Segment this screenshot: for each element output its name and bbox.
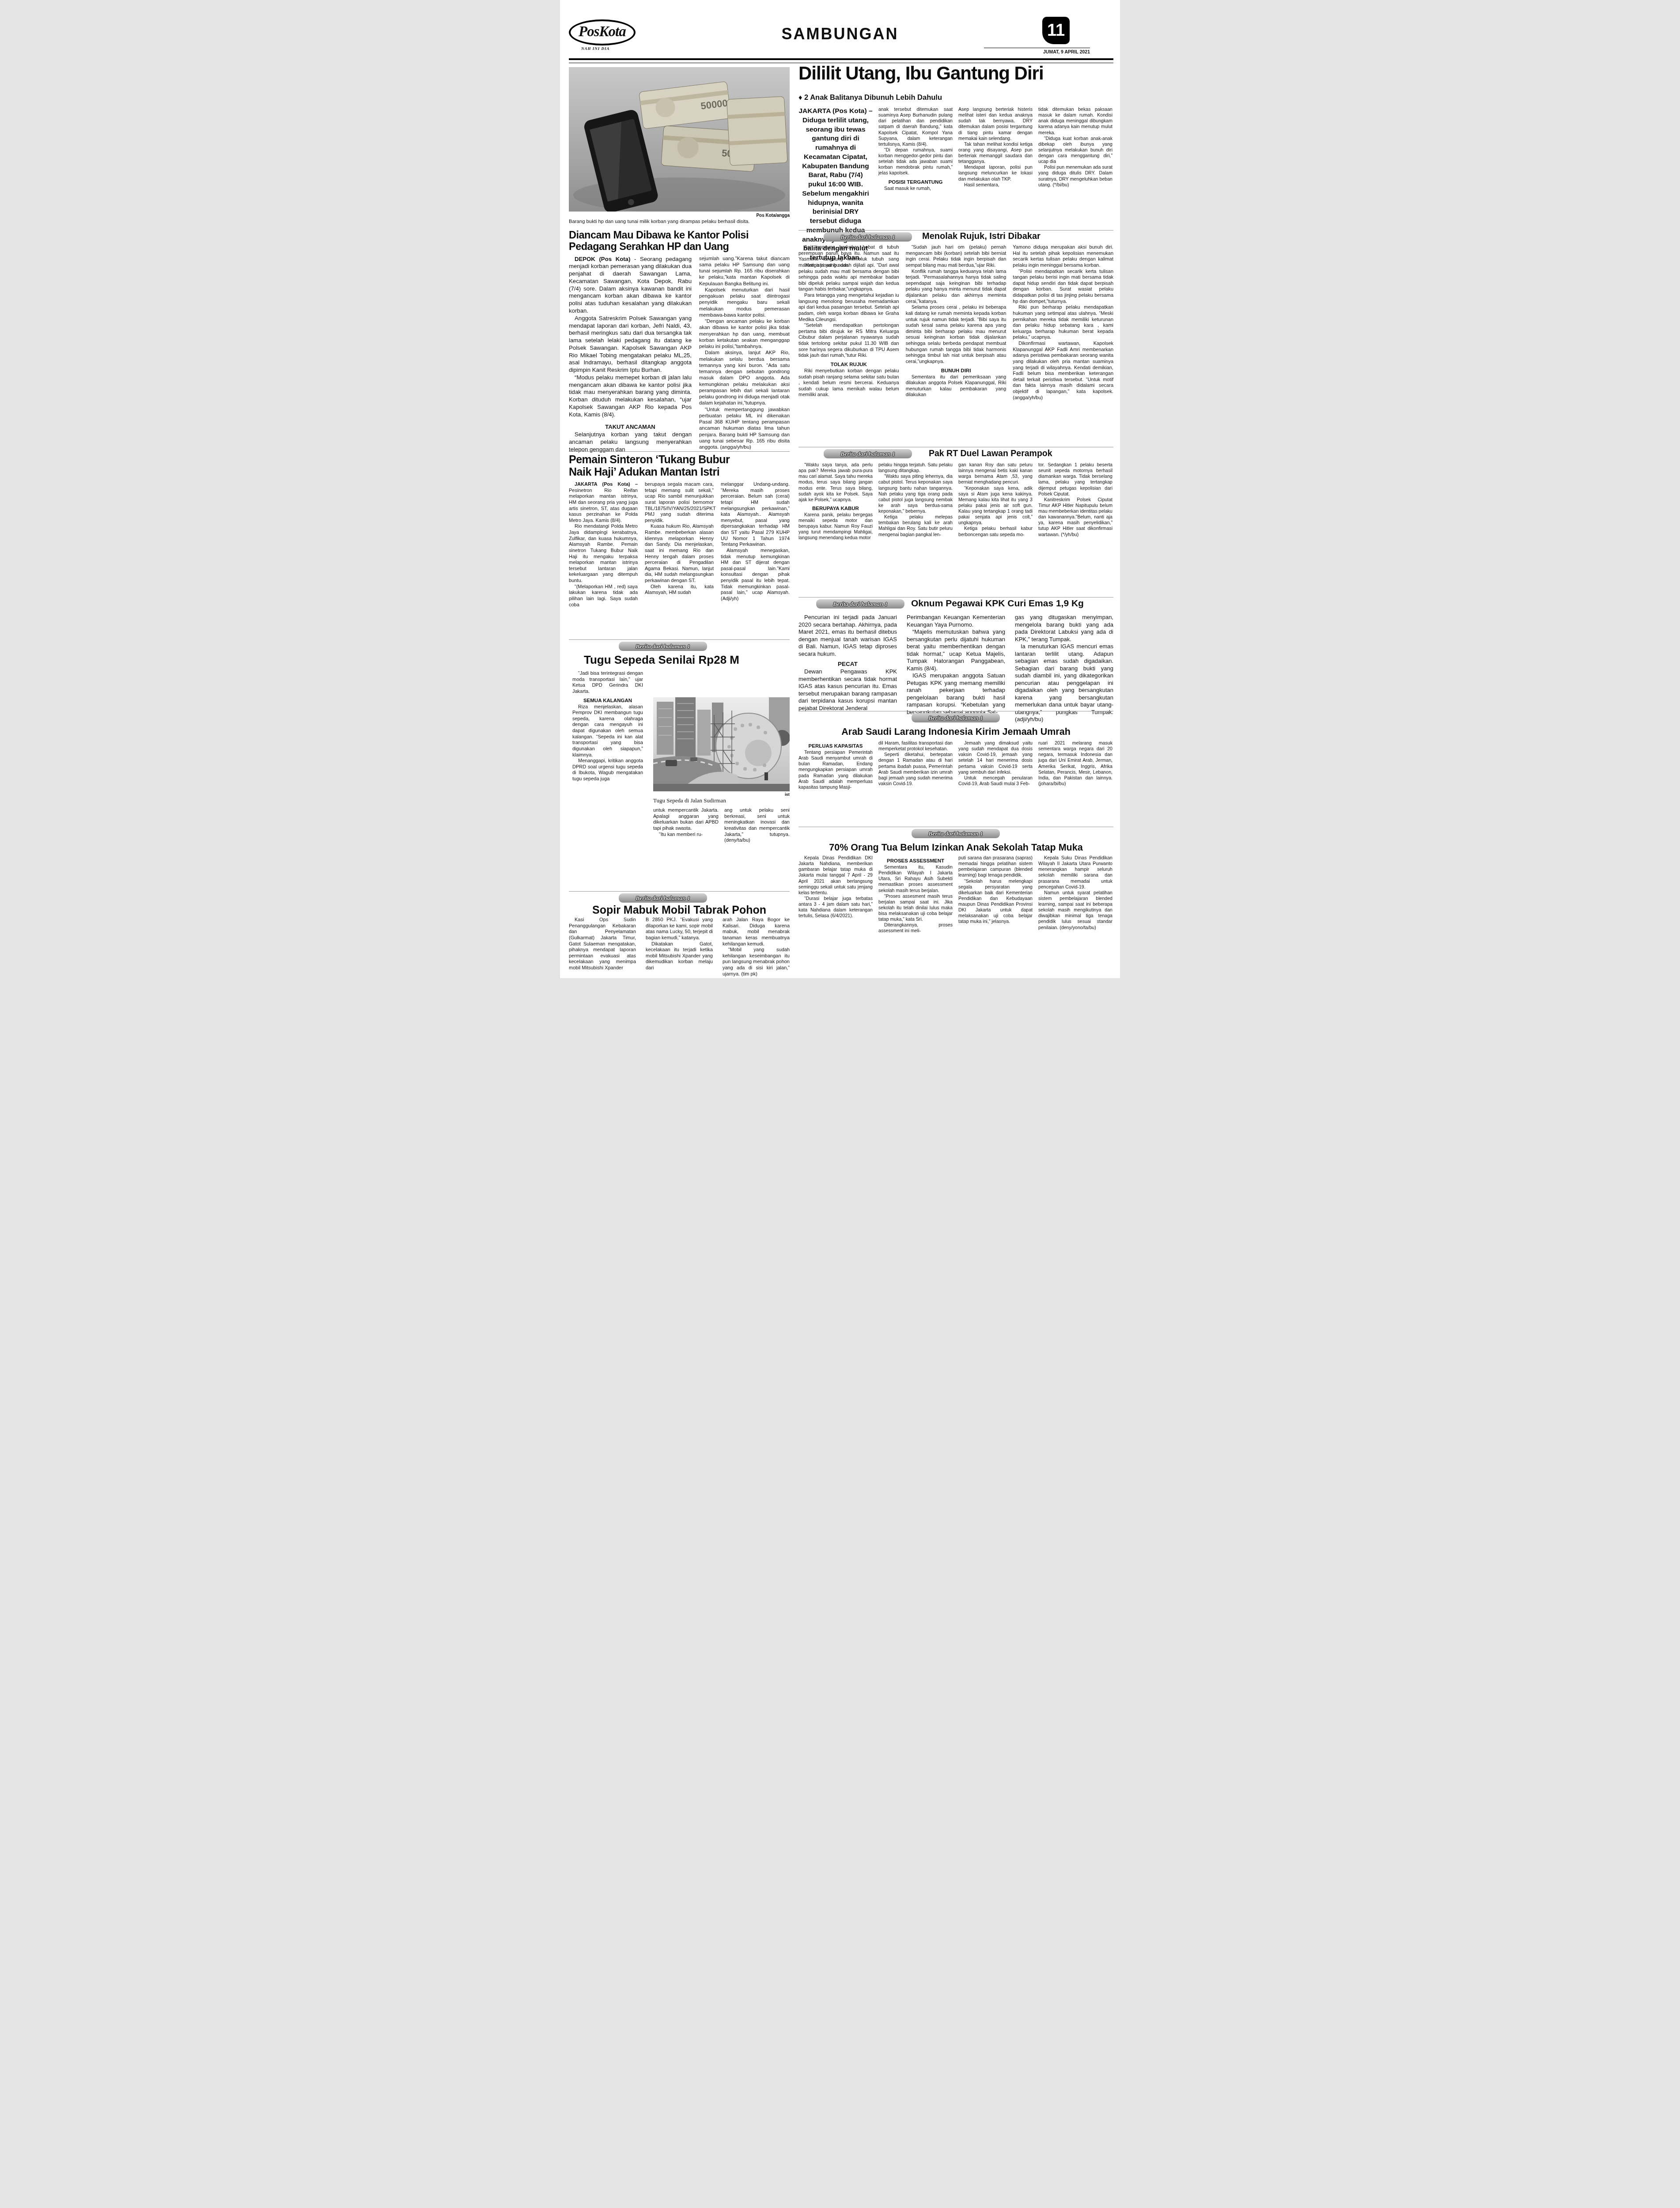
paragraph: Seperti diketahui, bertepatan dengan 1 R… xyxy=(878,752,953,787)
paragraph: Riki menyebutkan korban dengan pelaku su… xyxy=(798,368,899,398)
paragraph: “Mobil yang sudah kehilangan keseimbanga… xyxy=(723,947,790,977)
paragraph: Sementara itu dari pemeriksaan yang dila… xyxy=(906,374,1006,399)
tugu-photo-credit: ist xyxy=(653,792,790,797)
paragraph: Sementara itu, Kasudin Pendidikan Wilaya… xyxy=(878,865,953,894)
headline-pak-rt: Pak RT Duel Lawan Perampok xyxy=(929,449,1052,459)
paragraph: Selama proses cerai , pelaku ini beberap… xyxy=(906,305,1006,365)
evidence-photo-art: 50000 50000 xyxy=(569,67,790,212)
text-column: PROSES ASSESSMENTSementara itu, Kasudin … xyxy=(878,855,953,934)
paragraph: Dewan Pengawas KPK memberhentikan secara… xyxy=(798,668,897,712)
text-column: arah Jalan Raya Bogor ke Kalisari. Didug… xyxy=(723,917,790,977)
text-column: dil Haram, fasilitas transportasi dan me… xyxy=(878,741,953,790)
text-column: ruari 2021 melarang masuk sementara warg… xyxy=(1038,741,1112,790)
paragraph: Kanitreskrim Polsek Ciputat Timur AKP Hi… xyxy=(1038,497,1112,538)
photo-credit: Pos Kota/angga xyxy=(569,213,790,218)
paragraph: Karena panik, pelaku bergegas menaiki se… xyxy=(798,512,873,541)
text-column: Api langsung berkobar hebat di tubuh per… xyxy=(798,245,899,401)
text-column: puti sarana dan prasarana (sapras) memad… xyxy=(958,855,1033,934)
paragraph: Kepala Suku Dinas Pendidikan Wilayah II … xyxy=(1038,855,1112,890)
paragraph: Polisi pun menemukan ada surat yang didu… xyxy=(1038,165,1112,188)
tugu-photo-caption: Tugu Sepeda di Jalan Sudirman xyxy=(653,797,790,804)
article-diancam: Diancam Mau Dibawa ke Kantor Polisi Peda… xyxy=(569,229,790,454)
continued-from-tag: Berita dari halaman 1 xyxy=(912,713,1000,722)
text-column: Kepala Dinas Pendidikan DKI Jakarta Nahd… xyxy=(798,855,873,934)
masthead-logo: PosKota NAH INI DIA xyxy=(569,19,657,57)
paragraph: “Waktu saya tanya, ada perlu apa pak? Me… xyxy=(798,462,873,503)
paragraph: “Waktu saya piting lehernya, dia cabut p… xyxy=(878,474,953,514)
text-column: gan kanan Roy dan satu peluru lainnya me… xyxy=(958,462,1033,541)
headline-sekolah-tatap-muka: 70% Orang Tua Belum Izinkan Anak Sekolah… xyxy=(798,842,1113,853)
paragraph: “Diduga kuat korban anak-anak dibekap ol… xyxy=(1038,136,1112,165)
paragraph: “Polisi mendapatkan secarik kerta tulisa… xyxy=(1013,269,1113,305)
paragraph: “Itu kan memberi ru- xyxy=(653,832,719,838)
paragraph: Kuasa hukum Rio, Alamsyah Rambe. membebe… xyxy=(645,524,714,584)
text-column: Pencurian ini terjadi pada Januari 2020 … xyxy=(798,614,897,723)
paragraph: DEPOK (Pos Kota) - Seorang pedagang menj… xyxy=(569,256,692,315)
column-subhead: PERLUAS KAPASITAS xyxy=(798,744,873,749)
page-title: SAMBUNGAN xyxy=(730,25,950,43)
paragraph: sejumlah uang.”Karena takut diancam sama… xyxy=(699,256,790,287)
evidence-photo: 50000 50000 xyxy=(569,67,790,212)
paragraph: Namun untuk syarat pelatihan sistem pemb… xyxy=(1038,890,1112,931)
tugu-sepeda-photo xyxy=(653,697,790,791)
article-oknum-kpk: Berita dari halaman 1 Oknum Pegawai KPK … xyxy=(798,597,1113,711)
paragraph: “Untuk mempertanggung jawabkan perbuatan… xyxy=(699,407,790,451)
paragraph: “(Melaporkan HM , red) saya lakukan kare… xyxy=(569,584,638,609)
column-subhead: BERUPAYA KABUR xyxy=(798,506,873,511)
paragraph: Untuk mencegah penularan Covid-19, Arab … xyxy=(958,775,1033,787)
article-tugu-sepeda: Berita dari halaman 1 Tugu Sepeda Senila… xyxy=(569,639,790,844)
paragraph: tor. Sedangkan 1 pelaku beserta seunit s… xyxy=(1038,462,1112,497)
paragraph: Rio mendatangi Polda Metro Jaya didampin… xyxy=(569,524,638,584)
paragraph: Dalam aksinya, lanjut AKP Rio, melakukan… xyxy=(699,350,790,406)
paragraph: Alamsyah menegaskan, tidak menutup kemun… xyxy=(721,548,790,602)
paragraph: Tentang persiapan Pemerintah Arab Saudi … xyxy=(798,750,873,790)
edition-date: JUMAT, 9 APRIL 2021 xyxy=(984,48,1090,55)
headline-dililit-utang: Dililit Utang, Ibu Gantung Diri xyxy=(798,63,1113,84)
text-column: Kasi Ops Sudin Penanggulangan Kebakaran … xyxy=(569,917,636,977)
text-column: PERLUAS KAPASITASTentang persiapan Pemer… xyxy=(798,741,873,790)
paragraph: melanggar Undang-undang. “Mereka masih p… xyxy=(721,482,790,548)
paragraph: Jemaah yang dimaksud yaitu yang sudah me… xyxy=(958,741,1033,775)
headline-pemain-sinteron: Pemain Sinteron ‘Tukang Bubur Naik Haji’… xyxy=(569,454,790,478)
paragraph: Kepala Dinas Pendidikan DKI Jakarta Nahd… xyxy=(798,855,873,896)
brand-tagline: NAH INI DIA xyxy=(581,46,657,51)
paragraph: arah Jalan Raya Bogor ke Kalisari. Didug… xyxy=(723,917,790,947)
article-sekolah-tatap-muka: Berita dari halaman 1 70% Orang Tua Belu… xyxy=(798,827,1113,974)
paragraph: Asep langsung berteriak histeris melihat… xyxy=(958,107,1033,142)
continued-from-tag: Berita dari halaman 1 xyxy=(619,893,707,903)
paragraph: Para tetangga yang mengetahui kejadian i… xyxy=(798,293,899,323)
paragraph: Yamono diduga merupakan aksi bunuh diri.… xyxy=(1013,245,1113,269)
headline-oknum-kpk: Oknum Pegawai KPK Curi Emas 1,9 Kg xyxy=(911,598,1084,609)
paragraph: “Durasi belajar juga terbatas antara 3 -… xyxy=(798,896,873,919)
paragraph: Selanjutnya korban yang takut dengan anc… xyxy=(569,431,692,453)
photo-caption: Barang bukti hp dan uang tunai milik kor… xyxy=(569,219,790,224)
paragraph: pelaku hingga terjatuh. Satu pelaku lang… xyxy=(878,462,953,474)
paragraph: berupaya segala macam cara, tetapi meman… xyxy=(645,482,714,524)
money-stack xyxy=(726,96,787,166)
paragraph: Hasil sementara, xyxy=(958,182,1033,188)
continued-from-tag: Berita dari halaman 1 xyxy=(816,599,904,609)
paragraph: IGAS merupakan anggota Satuan Petugas KP… xyxy=(907,672,1005,716)
paragraph: puti sarana dan prasarana (sapras) memad… xyxy=(958,855,1033,879)
tugu-photo-art xyxy=(653,697,790,791)
paragraph: gas yang ditugaskan menyimpan, mengelola… xyxy=(1015,614,1113,643)
paragraph: Dikonfirmasi wartawan, Kapolsek Klapanun… xyxy=(1013,341,1113,401)
paragraph: “Dengan ancaman pelaku ke korban akan di… xyxy=(699,318,790,350)
paragraph: Kapolsek menuturkan dari hasil pengakuan… xyxy=(699,287,790,318)
article-sopir-mabuk: Berita dari halaman 1 Sopir Mabuk Mobil … xyxy=(569,891,790,976)
paragraph: Ketiga pelaku berhasil kabur berboncenga… xyxy=(958,526,1033,537)
paragraph: gan kanan Roy dan satu peluru lainnya me… xyxy=(958,462,1033,486)
text-column: sejumlah uang.”Karena takut diancam sama… xyxy=(699,256,790,454)
text-column: melanggar Undang-undang. “Mereka masih p… xyxy=(721,482,790,608)
paragraph: Riki pun berharap pelaku mendapatkan huk… xyxy=(1013,305,1113,341)
paragraph: ang untuk pelaku seni berkreasi, seni un… xyxy=(724,808,790,844)
article-menolak-rujuk: Berita dari halaman 1 Menolak Rujuk, Ist… xyxy=(798,230,1113,450)
column-subhead: PECAT xyxy=(798,661,897,667)
text-column: B 2850 PKJ. “Evakusi yang dilaporkan ke … xyxy=(646,917,713,977)
headline-arab-saudi: Arab Saudi Larang Indonesia Kirim Jemaah… xyxy=(798,726,1113,737)
paragraph: Api langsung berkobar hebat di tubuh per… xyxy=(798,245,899,293)
headline-tugu-sepeda: Tugu Sepeda Senilai Rp28 M xyxy=(569,653,754,667)
paragraph: Riza menjelaskan, alasan Pemprov DKI mem… xyxy=(572,704,643,759)
paragraph: Pencurian ini terjadi pada Januari 2020 … xyxy=(798,614,897,658)
paragraph: Dikatakan Gatot, kecelakaan itu terjadi … xyxy=(646,941,713,972)
paragraph: dil Haram, fasilitas transportasi dan me… xyxy=(878,741,953,752)
text-column: untuk mempercantik Jakarta. Apalagi angg… xyxy=(653,808,719,838)
paragraph: “Proses assesment masih terus berjalan s… xyxy=(878,894,953,923)
paragraph: “Sekolah harus melengkapi segala persyar… xyxy=(958,879,1033,925)
headline-sopir-mabuk: Sopir Mabuk Mobil Tabrak Pohon xyxy=(569,904,790,917)
paragraph: untuk mempercantik Jakarta. Apalagi angg… xyxy=(653,808,719,832)
paragraph: Ketiga pelaku melepas tembakan berulang … xyxy=(878,514,953,538)
text-column: DEPOK (Pos Kota) - Seorang pedagang menj… xyxy=(569,256,692,454)
text-column: Yamono diduga merupakan aksi bunuh diri.… xyxy=(1013,245,1113,401)
paragraph: Tak tahan melihat kondisi ketiga orang y… xyxy=(958,142,1033,165)
paragraph: “Majelis memutuskan bahwa yang bersangku… xyxy=(907,628,1005,672)
paragraph: tidak ditemukan bekas paksaan masuk ke d… xyxy=(1038,107,1112,136)
column-subhead: PROSES ASSESSMENT xyxy=(878,858,953,864)
text-column: Kepala Suku Dinas Pendidikan Wilayah II … xyxy=(1038,855,1112,934)
continued-from-tag: Berita dari halaman 1 xyxy=(619,642,707,651)
paragraph: Saat masuk ke rumah, xyxy=(878,186,953,192)
article-pemain-sinteron: Pemain Sinteron ‘Tukang Bubur Naik Haji’… xyxy=(569,451,790,608)
column-subhead: TAKUT ANCAMAN xyxy=(569,423,692,430)
paragraph: Diterangkannya, proses assessment ini me… xyxy=(878,923,953,934)
paragraph: “Setelah mendapatkan pertolongan pertama… xyxy=(798,323,899,359)
column-subhead: TOLAK RUJUK xyxy=(798,362,899,367)
paragraph: JAKARTA (Pos Kota) – Pesinetron Rio Reif… xyxy=(569,482,638,524)
headline-diancam: Diancam Mau Dibawa ke Kantor Polisi Peda… xyxy=(569,229,790,253)
paragraph: Oleh karena itu, kata Alamsyah, HM sudah xyxy=(645,584,714,596)
text-column: Perimbangan Keuangan Kementerian Keuanga… xyxy=(907,614,1005,723)
paragraph: Kasi Ops Sudin Penanggulangan Kebakaran … xyxy=(569,917,636,972)
article-arab-saudi: Berita dari halaman 1 Arab Saudi Larang … xyxy=(798,711,1113,827)
continued-from-tag: Berita dari halaman 1 xyxy=(912,829,1000,838)
paragraph: Menanggapi, kritikan anggota DPRD soal u… xyxy=(572,758,643,783)
paragraph: “Keponakan saya kena, adik saya si Atam … xyxy=(958,486,1033,526)
text-column: berupaya segala macam cara, tetapi meman… xyxy=(645,482,714,608)
paragraph: “Jadi bisa terintegrasi dengan moda tran… xyxy=(572,671,643,695)
continued-from-tag: Berita dari halaman 1 xyxy=(824,232,912,242)
paragraph: “Sudah jauh hari om (pelaku) pernah meng… xyxy=(906,245,1006,269)
text-column: “Waktu saya tanya, ada perlu apa pak? Me… xyxy=(798,462,873,541)
headline-menolak-rujuk: Menolak Rujuk, Istri Dibakar xyxy=(922,231,1041,242)
page-number-badge: 11 xyxy=(1042,17,1070,44)
paragraph: B 2850 PKJ. “Evakusi yang dilaporkan ke … xyxy=(646,917,713,941)
brand-name: PosKota xyxy=(579,24,626,40)
article-pak-rt: Berita dari halaman 1 Pak RT Duel Lawan … xyxy=(798,447,1113,597)
column-subhead: BUNUH DIRI xyxy=(906,368,1006,374)
paragraph: “Di depan rumahnya, suami korban mengged… xyxy=(878,147,953,177)
newspaper-page: PosKota NAH INI DIA SAMBUNGAN 11 JUMAT, … xyxy=(560,0,1120,978)
text-column: ang untuk pelaku seni berkreasi, seni un… xyxy=(724,808,790,844)
paragraph: ruari 2021 melarang masuk sementara warg… xyxy=(1038,741,1112,787)
text-column: pelaku hingga terjatuh. Satu pelaku lang… xyxy=(878,462,953,541)
paragraph: anak tersebut ditemukan saat suaminya As… xyxy=(878,107,953,147)
paragraph: Mendapat laporan, polisi pun langsung me… xyxy=(958,165,1033,182)
page-number: 11 xyxy=(1047,21,1065,40)
continued-from-tag: Berita dari halaman 1 xyxy=(824,449,912,458)
paragraph: Konflik rumah tangga keduanya telah lama… xyxy=(906,269,1006,305)
column-subhead: POSISI TERGANTUNG xyxy=(878,180,953,185)
text-column: “Jadi bisa terintegrasi dengan moda tran… xyxy=(572,671,643,783)
text-column: tor. Sedangkan 1 pelaku beserta seunit s… xyxy=(1038,462,1112,541)
text-column: Jemaah yang dimaksud yaitu yang sudah me… xyxy=(958,741,1033,790)
column-subhead: SEMUA KALANGAN xyxy=(572,698,643,703)
text-column: gas yang ditugaskan menyimpan, mengelola… xyxy=(1015,614,1113,723)
paragraph: “Modus pelaku memepet korban di jalan la… xyxy=(569,374,692,419)
paragraph: Perimbangan Keuangan Kementerian Keuanga… xyxy=(907,614,1005,628)
text-column: JAKARTA (Pos Kota) – Pesinetron Rio Reif… xyxy=(569,482,638,608)
text-column: “Sudah jauh hari om (pelaku) pernah meng… xyxy=(906,245,1006,401)
paragraph: Anggota Satreskrim Polsek Sawangan yang … xyxy=(569,315,692,374)
subhead-dililit-utang: ♦ 2 Anak Balitanya Dibunuh Lebih Dahulu xyxy=(798,94,1113,102)
logo-oval: PosKota xyxy=(569,19,636,45)
